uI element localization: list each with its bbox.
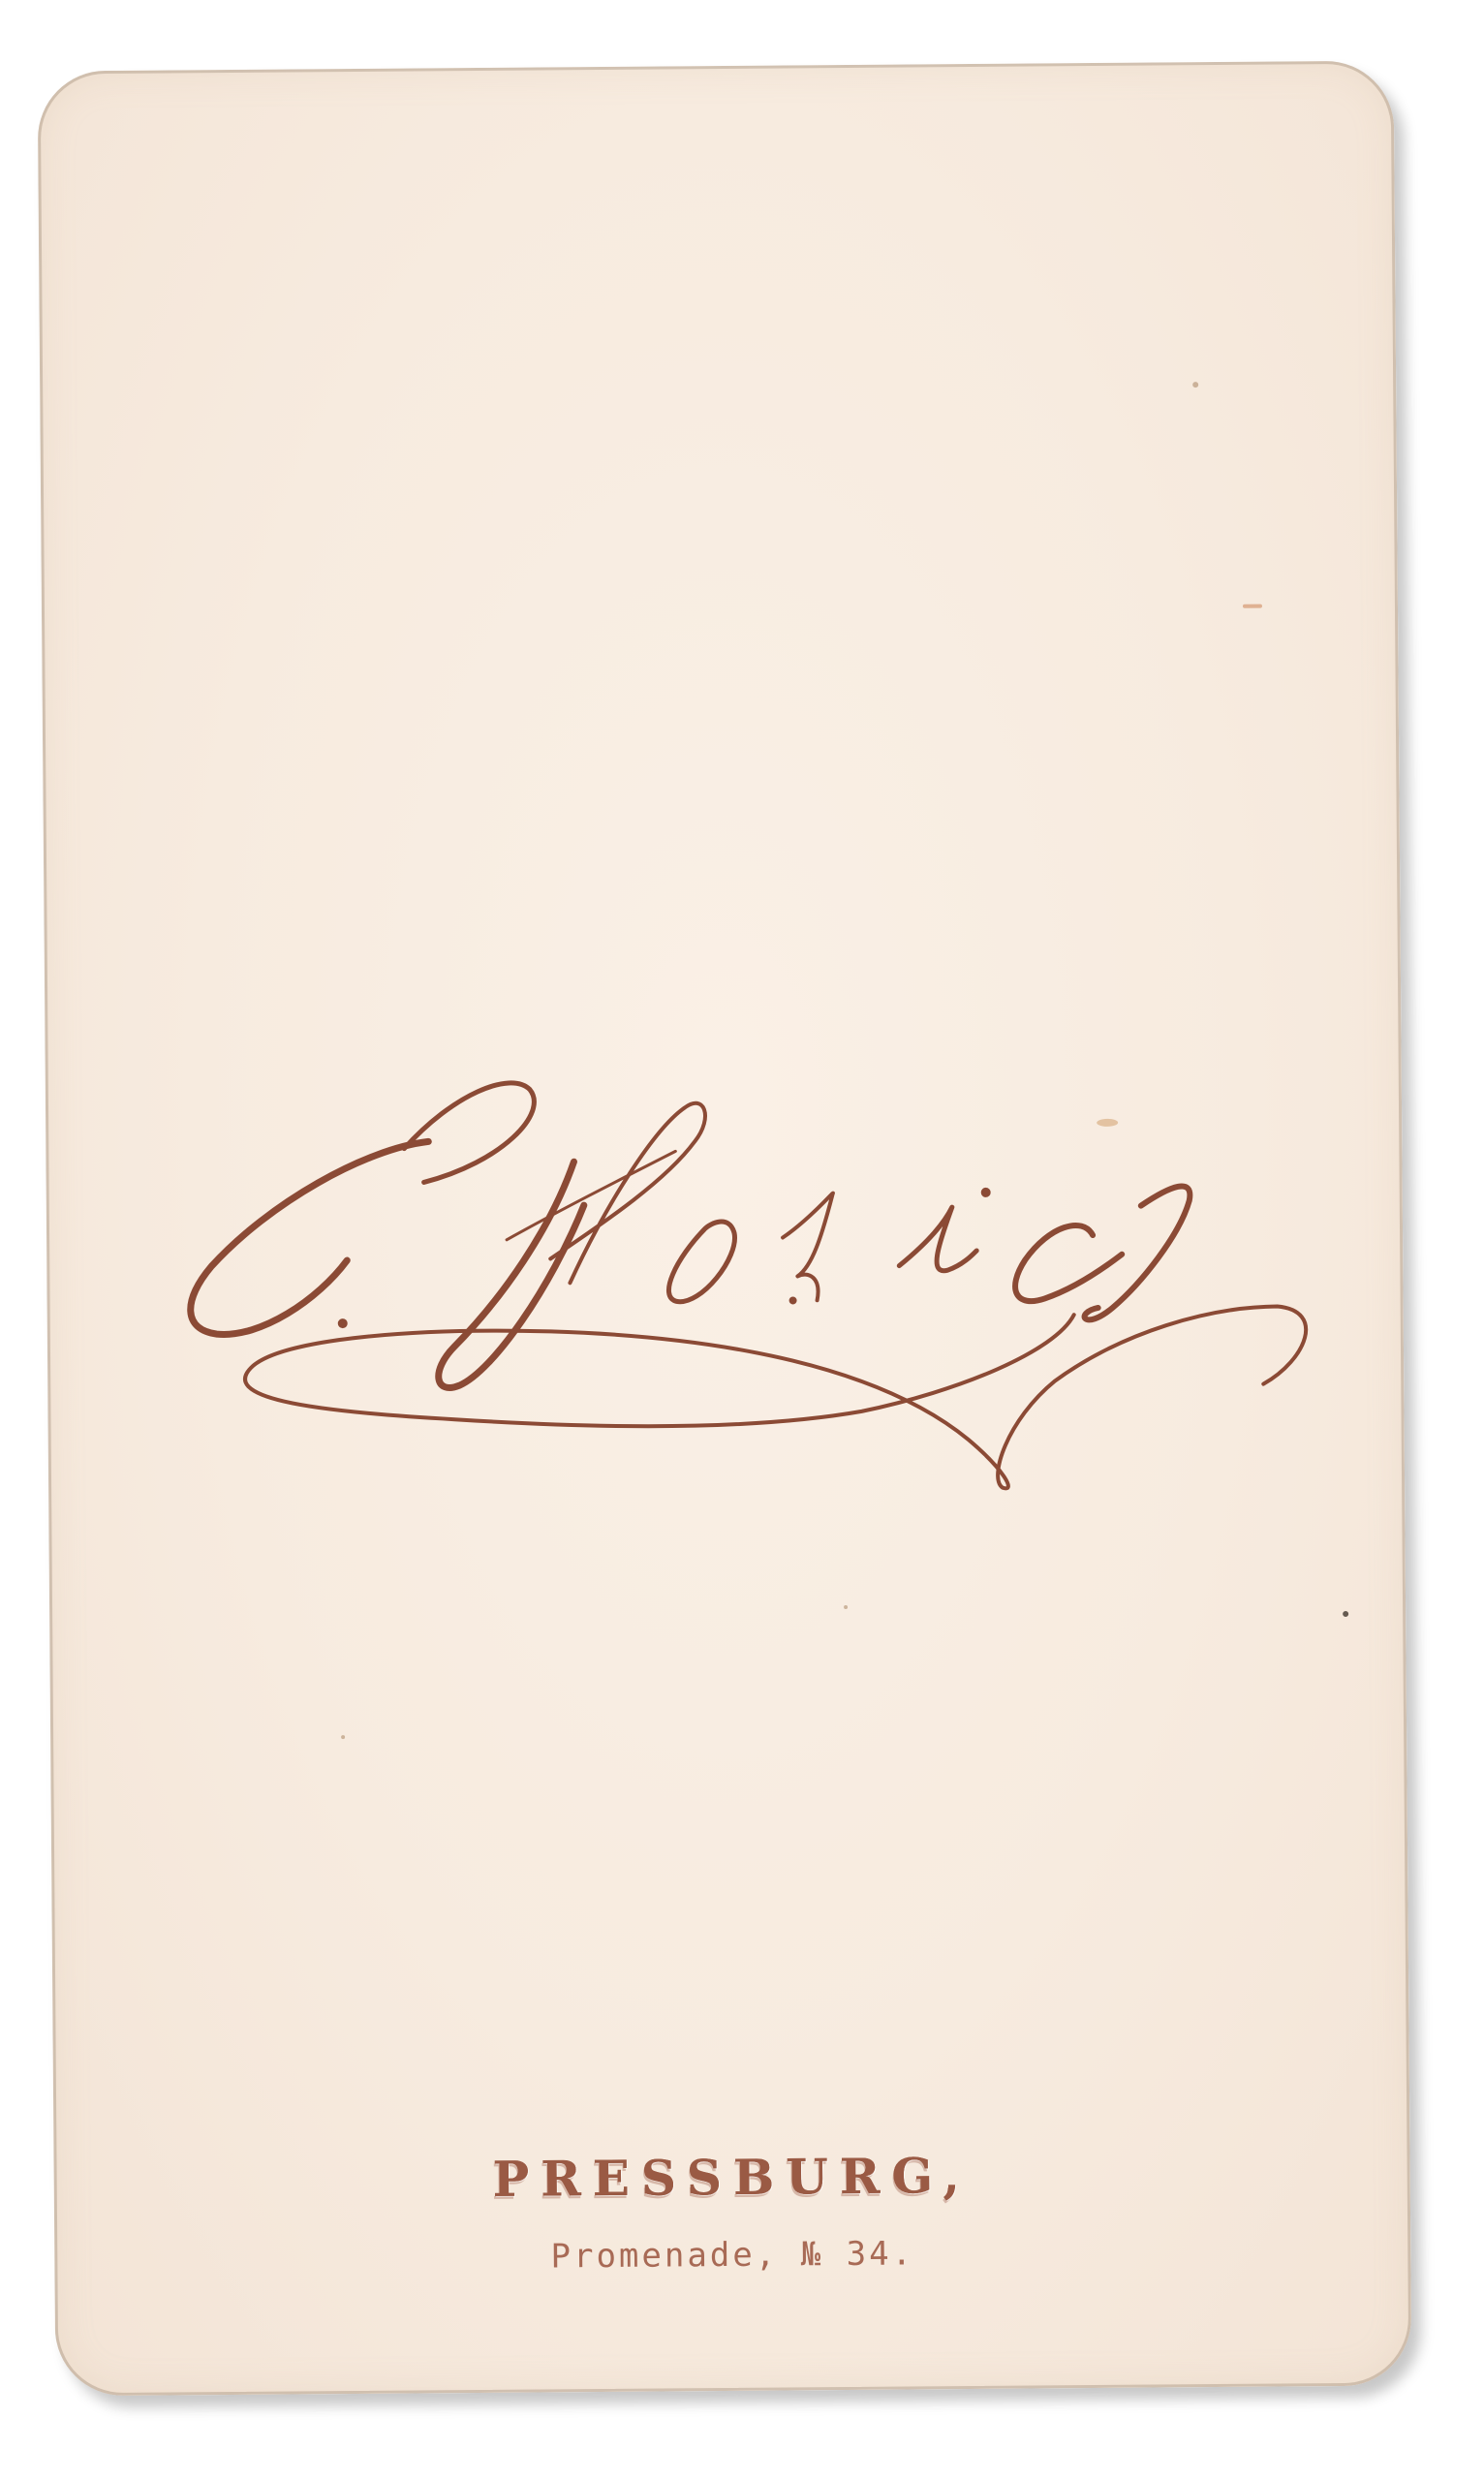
paper-speck [844,1605,848,1609]
signature-e-kozics [38,61,1412,2397]
scan-background: E. Kozics PRESSBURG, Promenade, № 34. [0,0,1484,2480]
photo-card-back: E. Kozics PRESSBURG, Promenade, № 34. [38,61,1412,2397]
studio-address: Promenade, № 34. [54,2230,1410,2279]
paper-speck [1097,1119,1118,1127]
signature-flourish [244,1306,1307,1494]
signature-letter-o [668,1222,735,1302]
signature-letter-i [899,1207,977,1271]
signature-letter-e [404,1083,535,1183]
paper-speck [1192,382,1198,387]
signature-letter-k [506,1151,676,1239]
signature-period [338,1318,348,1328]
paper-speck [1243,604,1262,608]
paper-speck [1343,1611,1348,1617]
signature-letter-c [1015,1225,1123,1302]
studio-city: PRESSBURG, [53,2143,1409,2211]
signature-letter-z [783,1193,834,1301]
signature-letter-s [1084,1186,1191,1319]
paper-speck [341,1735,345,1739]
